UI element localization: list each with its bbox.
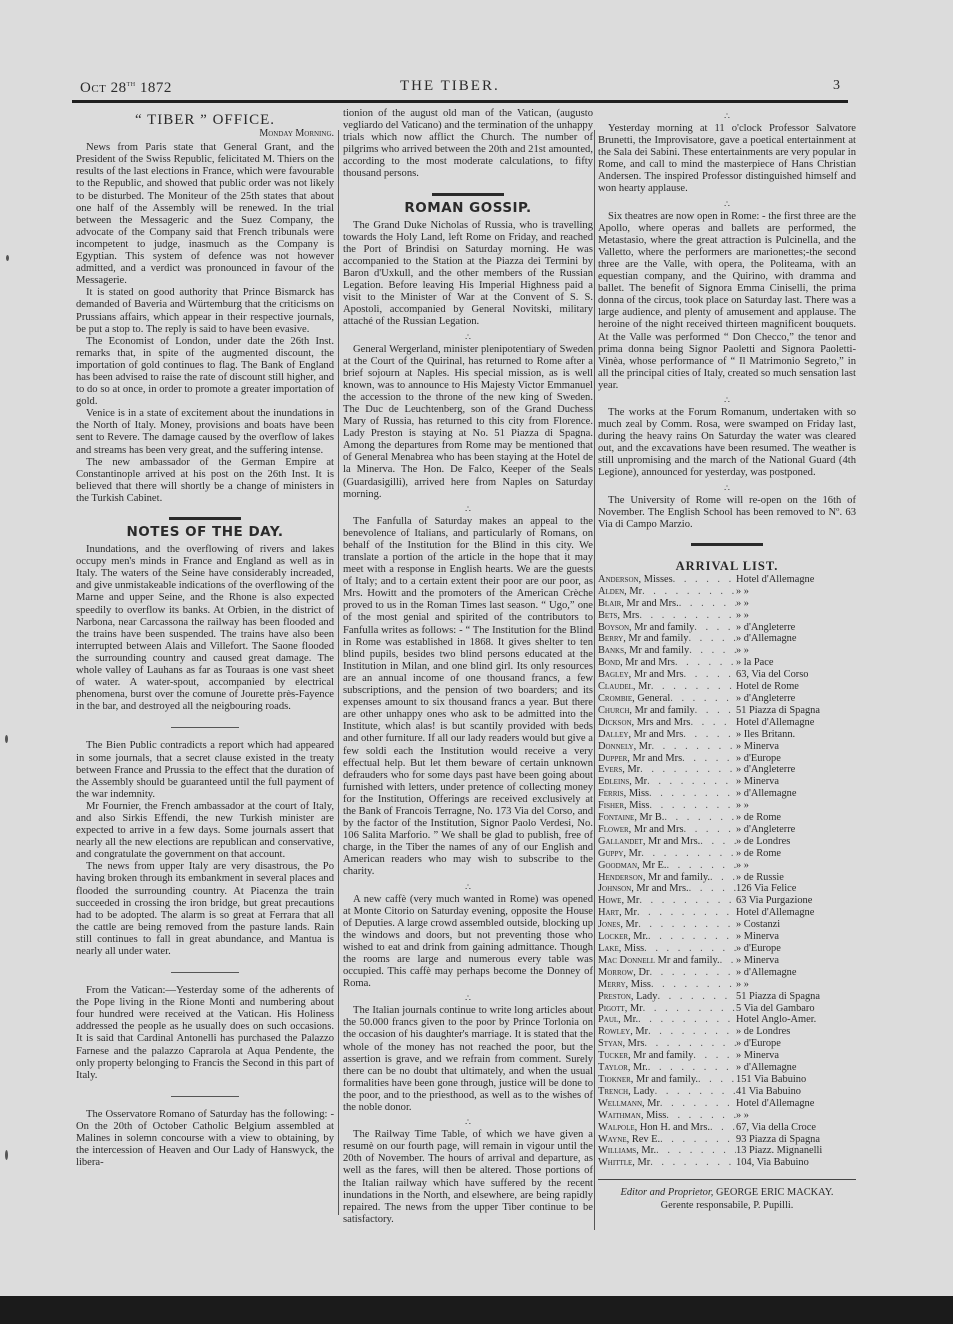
arrival-address: » d'Angleterre	[736, 764, 856, 776]
leader-dots	[660, 1134, 736, 1146]
arrival-address: 63 Via Purgazione	[736, 895, 856, 907]
asterism-divider: ∴	[343, 332, 593, 342]
arrival-name: Waithman, Miss	[598, 1110, 666, 1122]
scan-border	[0, 1296, 953, 1324]
paragraph: tionion of the august old man of the Vat…	[343, 108, 593, 181]
leader-dots	[710, 872, 736, 884]
arrival-name: Hart, Mr	[598, 907, 637, 919]
leader-dots	[688, 633, 736, 645]
leader-dots	[700, 836, 736, 848]
asterism-divider: ∴	[343, 882, 593, 892]
arrival-entry: Henderson, Mr and family.» de Russie	[598, 872, 856, 884]
osservatore-continued: tionion of the august old man of the Vat…	[343, 108, 593, 181]
arrival-address: 51 Piazza di Spagna	[736, 705, 856, 717]
leader-dots	[639, 610, 736, 622]
arrival-address: Hotel d'Allemagne	[736, 1098, 856, 1110]
arrival-name: Bagley, Mr and Mrs	[598, 669, 684, 681]
arrival-address: Hotel d'Allemagne	[736, 717, 856, 729]
arrival-entry: Howe, Mr63 Via Purgazione	[598, 895, 856, 907]
leader-dots	[689, 645, 736, 657]
arrival-address: Hotel de Rome	[736, 681, 856, 693]
arrival-address: 93 Piazza di Spagna	[736, 1134, 856, 1146]
leader-dots	[649, 788, 736, 800]
leader-dots	[651, 681, 736, 693]
arrival-list: Anderson, MissesHotel d'AllemagneAlden, …	[598, 574, 856, 1169]
arrival-entry: Lake, Miss» d'Europe	[598, 943, 856, 955]
arrival-name: Blair, Mr and Mrs.	[598, 598, 679, 610]
arrival-address: » »	[736, 598, 856, 610]
asterism-divider: ∴	[598, 199, 856, 209]
arrival-entry: Church, Mr and family51 Piazza di Spagna	[598, 705, 856, 717]
arrival-name: Jones, Mr	[598, 919, 638, 931]
arrival-address: » »	[736, 860, 856, 872]
leader-dots	[649, 800, 736, 812]
arrival-entry: Edleins, Mr» Minerva	[598, 776, 856, 788]
leader-dots	[648, 1062, 736, 1074]
leader-dots	[644, 1038, 736, 1050]
leader-dots	[637, 907, 736, 919]
arrival-name: Claudel, Mr	[598, 681, 651, 693]
column-divider	[338, 130, 339, 1215]
paragraph: The works at the Forum Romanum, undertak…	[598, 407, 856, 480]
arrival-entry: Guppy, Mr» de Rome	[598, 848, 856, 860]
tiber-office-heading: “ TIBER ” OFFICE.	[76, 114, 334, 126]
paragraph: General Wergerland, minister plenipotent…	[343, 344, 593, 501]
leader-dots	[690, 717, 736, 729]
arrival-address: » »	[736, 586, 856, 598]
arrival-name: Church, Mr and family	[598, 705, 695, 717]
article-rule	[171, 972, 239, 973]
leader-dots	[683, 729, 736, 741]
paragraph: The Grand Duke Nicholas of Russia, who i…	[343, 220, 593, 329]
leader-dots	[660, 1098, 736, 1110]
section-rule	[691, 543, 763, 546]
editor-credit: Editor and Proprietor, GEORGE ERIC MACKA…	[598, 1186, 856, 1212]
arrival-address: » »	[736, 1110, 856, 1122]
arrival-name: Bets, Mrs	[598, 610, 639, 622]
arrival-name: Johnson, Mr and Mrs.	[598, 883, 689, 895]
leader-dots	[675, 657, 736, 669]
arrival-address: 5 Via del Gambaro	[736, 1003, 856, 1015]
arrival-address: » d'Europe	[736, 1038, 856, 1050]
print-blemish	[6, 255, 9, 261]
paragraph: The Osservatore Romano of Saturday has t…	[76, 1109, 334, 1169]
arrival-name: Styan, Mrs	[598, 1038, 644, 1050]
paragraph: The new ambassador of the German Empire …	[76, 457, 334, 505]
paragraph: Inundations, and the overflowing of rive…	[76, 544, 334, 713]
arrival-entry: Trench, Lady41 Via Babuino	[598, 1086, 856, 1098]
paragraph: News from Paris state that General Grant…	[76, 142, 334, 287]
arrival-entry: Alden, Mr» »	[598, 586, 856, 598]
arrival-entry: Walpole, Hon H. and Mrs.67, Via della Cr…	[598, 1122, 856, 1134]
arrival-name: Paul, Mr.	[598, 1014, 638, 1026]
arrival-entry: Dickson, Mrs and MrsHotel d'Allemagne	[598, 717, 856, 729]
arrival-address: » Minerva	[736, 931, 856, 943]
arrival-entry: Williams, Mr.13 Piazz. Mignanelli	[598, 1145, 856, 1157]
leader-dots	[693, 1050, 736, 1062]
arrival-address: Hotel d'Allemagne	[736, 574, 856, 586]
arrival-name: Alden, Mr	[598, 586, 642, 598]
paragraph: The Bien Public contradicts a report whi…	[76, 740, 334, 800]
arrival-address: » »	[736, 610, 856, 622]
paragraph: The Fanfulla of Saturday makes an appeal…	[343, 516, 593, 879]
paragraph: The University of Rome will re-open on t…	[598, 495, 856, 531]
arrival-name: Wellmann, Mr	[598, 1098, 660, 1110]
roman-gossip-article: The Grand Duke Nicholas of Russia, who i…	[343, 220, 593, 1226]
bien-public-article: The Bien Public contradicts a report whi…	[76, 740, 334, 958]
arrival-entry: Dalley, Mr and Mrs» Iles Britann.	[598, 729, 856, 741]
column-1: “ TIBER ” OFFICE. Monday Morning. News f…	[76, 108, 334, 1169]
leader-dots	[682, 753, 736, 765]
page-header: Oct 28th 1872 THE TIBER. 3	[80, 78, 840, 100]
arrival-address: Hotel d'Allemagne	[736, 907, 856, 919]
arrival-entry: Berry, Mr and family» d'Allemagne	[598, 633, 856, 645]
paragraph: The Railway Time Table, of which we have…	[343, 1129, 593, 1226]
arrival-address: » la Pace	[736, 657, 856, 669]
arrival-address: 63, Via del Corso	[736, 669, 856, 681]
arrival-entry: Gallandet, Mr and Mrs.» de Londres	[598, 836, 856, 848]
arrival-address: 13 Piazz. Mignanelli	[736, 1145, 856, 1157]
arrival-address: 67, Via della Croce	[736, 1122, 856, 1134]
arrival-address: » Iles Britann.	[736, 729, 856, 741]
leader-dots	[679, 598, 736, 610]
arrival-address: 104, Via Babuino	[736, 1157, 856, 1169]
leader-dots	[644, 943, 736, 955]
gerente-credit: Gerente responsabile, P. Pupilli.	[661, 1200, 794, 1211]
vatican-article: From the Vatican:—Yesterday some of the …	[76, 985, 334, 1082]
arrival-address: » d'Allemagne	[736, 633, 856, 645]
arrival-address: » de Londres	[736, 836, 856, 848]
notes-of-the-day-article: Inundations, and the overflowing of rive…	[76, 544, 334, 713]
arrival-name: Pigott, Mr	[598, 1003, 643, 1015]
arrival-entry: Johnson, Mr and Mrs.126 Via Felice	[598, 883, 856, 895]
leader-dots	[666, 860, 736, 872]
paragraph: From the Vatican:—Yesterday some of the …	[76, 985, 334, 1082]
arrival-address: » »	[736, 979, 856, 991]
arrival-name: Donnely, Mr	[598, 741, 651, 753]
arrival-address: » Minerva	[736, 776, 856, 788]
leader-dots	[664, 812, 736, 824]
asterism-divider: ∴	[343, 1117, 593, 1127]
arrival-name: Gallandet, Mr and Mrs.	[598, 836, 700, 848]
arrival-address: 41 Via Babuino	[736, 1086, 856, 1098]
arrival-entry: Jones, Mr» Costanzi	[598, 919, 856, 931]
header-rule	[72, 100, 848, 103]
leader-dots	[651, 979, 736, 991]
article-rule	[171, 1096, 239, 1097]
arrival-name: Locker, Mr.	[598, 931, 648, 943]
arrival-entry: Bond, Mr and Mrs» la Pace	[598, 657, 856, 669]
tiber-office-article: News from Paris state that General Grant…	[76, 142, 334, 505]
arrival-entry: Merry, Miss» »	[598, 979, 856, 991]
arrival-name: Anderson, Misses	[598, 574, 673, 586]
arrival-name: Ferris, Miss	[598, 788, 649, 800]
arrival-entry: Fontaine, Mr B.» de Rome	[598, 812, 856, 824]
paragraph: The Italian journals continue to write l…	[343, 1005, 593, 1114]
arrival-name: Mac Donnell Mr and family.	[598, 955, 720, 967]
arrival-name: Crombie, General	[598, 693, 670, 705]
arrival-name: Henderson, Mr and family.	[598, 872, 710, 884]
arrival-name: Goodman, Mr E.	[598, 860, 666, 872]
arrival-address: » d'Allemagne	[736, 788, 856, 800]
leader-dots	[651, 741, 736, 753]
leader-dots	[720, 955, 736, 967]
leader-dots	[643, 1003, 736, 1015]
arrival-address: » d'Angleterre	[736, 693, 856, 705]
asterism-divider: ∴	[598, 483, 856, 493]
arrival-name: Wayne, Rev E.	[598, 1134, 660, 1146]
asterism-divider: ∴	[343, 504, 593, 514]
arrival-entry: Waithman, Miss» »	[598, 1110, 856, 1122]
arrival-entry: Mac Donnell Mr and family.» Minerva	[598, 955, 856, 967]
arrival-entry: Wellmann, MrHotel d'Allemagne	[598, 1098, 856, 1110]
arrival-name: Preston, Lady	[598, 991, 657, 1003]
arrival-name: Banks, Mr and family	[598, 645, 689, 657]
arrival-name: Rowley, Mr	[598, 1026, 648, 1038]
arrival-entry: Preston, Lady51 Piazza di Spagna	[598, 991, 856, 1003]
arrival-entry: Flower, Mr and Mrs» d'Angleterre	[598, 824, 856, 836]
leader-dots	[666, 1110, 736, 1122]
paragraph: The news from upper Italy are very disas…	[76, 861, 334, 958]
paragraph: Mr Fournier, the French ambassador at th…	[76, 801, 334, 861]
arrival-name: Lake, Miss	[598, 943, 644, 955]
arrival-entry: Boyson, Mr and family» d'Angleterre	[598, 622, 856, 634]
newspaper-page: Oct 28th 1872 THE TIBER. 3 “ TIBER ” OFF…	[0, 0, 953, 1324]
arrival-address: » Costanzi	[736, 919, 856, 931]
arrival-name: Dupper, Mr and Mrs	[598, 753, 682, 765]
arrival-address: » de Londres	[736, 1026, 856, 1038]
arrival-entry: Anderson, MissesHotel d'Allemagne	[598, 574, 856, 586]
arrival-entry: Locker, Mr.» Minerva	[598, 931, 856, 943]
asterism-divider: ∴	[598, 395, 856, 405]
leader-dots	[694, 622, 736, 634]
arrival-entry: Rowley, Mr» de Londres	[598, 1026, 856, 1038]
arrival-entry: Hart, MrHotel d'Allemagne	[598, 907, 856, 919]
arrival-entry: Paul, Mr.Hotel Anglo-Amer.	[598, 1014, 856, 1026]
asterism-divider: ∴	[598, 111, 856, 121]
print-blemish	[5, 735, 8, 743]
arrival-address: » Minerva	[736, 741, 856, 753]
leader-dots	[670, 693, 736, 705]
column-3: ∴Yesterday morning at 11 o'clock Profess…	[598, 108, 856, 1212]
leader-dots	[648, 1026, 736, 1038]
column-divider	[594, 130, 595, 1230]
column-3-items: ∴Yesterday morning at 11 o'clock Profess…	[598, 111, 856, 531]
paragraph: The Economist of London, under date the …	[76, 336, 334, 409]
arrival-entry: Taylor, Mr.» d'Allemagne	[598, 1062, 856, 1074]
arrival-name: Merry, Miss	[598, 979, 651, 991]
leader-dots	[656, 1145, 736, 1157]
arrival-address: 51 Piazza di Spagna	[736, 991, 856, 1003]
leader-dots	[641, 848, 736, 860]
arrival-address: Hotel Anglo-Amer.	[736, 1014, 856, 1026]
arrival-address: » d'Angleterre	[736, 622, 856, 634]
roman-gossip-heading: ROMAN GOSSIP.	[343, 202, 593, 214]
arrival-name: Williams, Mr.	[598, 1145, 656, 1157]
leader-dots	[642, 586, 736, 598]
arrival-entry: Wayne, Rev E.93 Piazza di Spagna	[598, 1134, 856, 1146]
footer-rule	[598, 1179, 856, 1180]
leader-dots	[698, 1074, 736, 1086]
arrival-address: » de Rome	[736, 848, 856, 860]
arrival-name: Taylor, Mr.	[598, 1062, 648, 1074]
page-number: 3	[833, 78, 840, 94]
leader-dots	[647, 776, 736, 788]
tiber-office-byline: Monday Morning.	[76, 128, 334, 140]
arrival-address: » d'Europe	[736, 753, 856, 765]
arrival-name: Edleins, Mr	[598, 776, 647, 788]
arrival-entry: Goodman, Mr E.» »	[598, 860, 856, 872]
section-rule	[432, 193, 504, 196]
column-2: tionion of the august old man of the Vat…	[343, 108, 593, 1226]
leader-dots	[649, 967, 736, 979]
leader-dots	[638, 919, 736, 931]
arrival-entry: Evers, Mr» d'Angleterre	[598, 764, 856, 776]
arrival-address: » »	[736, 800, 856, 812]
arrival-address: » d'Allemagne	[736, 967, 856, 979]
arrival-address: » d'Europe	[736, 943, 856, 955]
arrival-entry: Dupper, Mr and Mrs» d'Europe	[598, 753, 856, 765]
arrival-list-heading: ARRIVAL LIST.	[598, 560, 856, 572]
arrival-entry: Whittle, Mr104, Via Babuino	[598, 1157, 856, 1169]
leader-dots	[684, 824, 736, 836]
arrival-entry: Morrow, Dr» d'Allemagne	[598, 967, 856, 979]
arrival-entry: Bagley, Mr and Mrs63, Via del Corso	[598, 669, 856, 681]
issue-date: Oct 28th 1872	[80, 78, 172, 97]
arrival-name: Evers, Mr	[598, 764, 640, 776]
article-rule	[171, 727, 239, 728]
arrival-address: » Minerva	[736, 1050, 856, 1062]
arrival-address: » d'Allemagne	[736, 1062, 856, 1074]
arrival-name: Whittle, Mr	[598, 1157, 650, 1169]
arrival-address: » de Rome	[736, 812, 856, 824]
leader-dots	[640, 764, 736, 776]
asterism-divider: ∴	[343, 993, 593, 1003]
arrival-name: Howe, Mr	[598, 895, 639, 907]
osservatore-article: The Osservatore Romano of Saturday has t…	[76, 1109, 334, 1169]
arrival-name: Dickson, Mrs and Mrs	[598, 717, 690, 729]
arrival-entry: Banks, Mr and family» »	[598, 645, 856, 657]
arrival-name: Walpole, Hon H. and Mrs.	[598, 1122, 710, 1134]
paragraph: Venice is in a state of excitement about…	[76, 408, 334, 456]
arrival-address: » d'Angleterre	[736, 824, 856, 836]
paragraph: A new caffè (very much wanted in Rome) w…	[343, 894, 593, 991]
leader-dots	[673, 574, 736, 586]
arrival-address: » Minerva	[736, 955, 856, 967]
leader-dots	[689, 883, 736, 895]
arrival-entry: Bets, Mrs» »	[598, 610, 856, 622]
arrival-entry: Tiokner, Mr and family.151 Via Babuino	[598, 1074, 856, 1086]
leader-dots	[650, 1157, 736, 1169]
arrival-entry: Styan, Mrs» d'Europe	[598, 1038, 856, 1050]
leader-dots	[684, 669, 737, 681]
arrival-entry: Ferris, Miss» d'Allemagne	[598, 788, 856, 800]
arrival-entry: Fisher, Miss» »	[598, 800, 856, 812]
paragraph: It is stated on good authority that Prin…	[76, 287, 334, 335]
arrival-address: » de Russie	[736, 872, 856, 884]
arrival-name: Boyson, Mr and family	[598, 622, 694, 634]
section-rule	[169, 517, 241, 520]
arrival-name: Morrow, Dr	[598, 967, 649, 979]
arrival-address: 126 Via Felice	[736, 883, 856, 895]
leader-dots	[695, 705, 736, 717]
leader-dots	[639, 895, 736, 907]
arrival-entry: Donnely, Mr» Minerva	[598, 741, 856, 753]
paragraph: Six theatres are now open in Rome: - the…	[598, 211, 856, 392]
arrival-address: » »	[736, 645, 856, 657]
newspaper-title: THE TIBER.	[400, 78, 500, 95]
print-blemish	[5, 1150, 8, 1160]
arrival-name: Tiokner, Mr and family.	[598, 1074, 698, 1086]
arrival-entry: Blair, Mr and Mrs.» »	[598, 598, 856, 610]
leader-dots	[710, 1122, 736, 1134]
arrival-name: Flower, Mr and Mrs	[598, 824, 684, 836]
arrival-entry: Claudel, MrHotel de Rome	[598, 681, 856, 693]
notes-of-the-day-heading: NOTES OF THE DAY.	[76, 526, 334, 538]
arrival-entry: Tucker, Mr and family» Minerva	[598, 1050, 856, 1062]
arrival-name: Fisher, Miss	[598, 800, 649, 812]
arrival-entry: Pigott, Mr5 Via del Gambaro	[598, 1003, 856, 1015]
arrival-address: 151 Via Babuino	[736, 1074, 856, 1086]
arrival-name: Dalley, Mr and Mrs	[598, 729, 683, 741]
arrival-entry: Crombie, General» d'Angleterre	[598, 693, 856, 705]
arrival-name: Guppy, Mr	[598, 848, 641, 860]
paragraph: Yesterday morning at 11 o'clock Professo…	[598, 123, 856, 196]
arrival-name: Tucker, Mr and family	[598, 1050, 693, 1062]
leader-dots	[655, 1086, 736, 1098]
leader-dots	[657, 991, 736, 1003]
arrival-name: Bond, Mr and Mrs	[598, 657, 675, 669]
leader-dots	[638, 1014, 736, 1026]
arrival-name: Trench, Lady	[598, 1086, 655, 1098]
arrival-name: Berry, Mr and family	[598, 633, 688, 645]
arrival-name: Fontaine, Mr B.	[598, 812, 664, 824]
leader-dots	[648, 931, 736, 943]
